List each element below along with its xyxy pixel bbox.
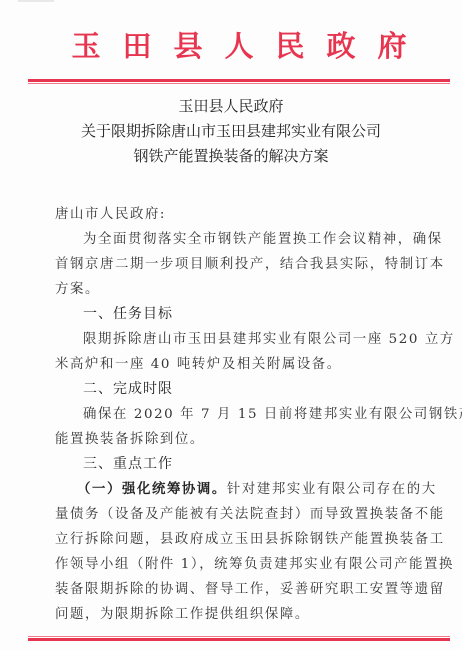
paragraph-line: 作领导小组（附件 1），统筹负责建邦实业有限公司产能置换	[55, 552, 425, 577]
subsection-lead: （一）强化统筹协调。	[77, 482, 227, 497]
section-paragraph-task-goal: 限期拆除唐山市玉田县建邦实业有限公司一座 520 立方 米高炉和一座 40 吨转…	[55, 327, 425, 377]
title-line-subject: 关于限期拆除唐山市玉田县建邦实业有限公司	[0, 119, 462, 144]
title-line-issuer: 玉田县人民政府	[0, 94, 462, 119]
title-line-subject-cont: 钢铁产能置换装备的解决方案	[0, 144, 462, 169]
intro-line: 方案。	[55, 277, 425, 302]
footer-divider	[28, 636, 450, 641]
paragraph-line: 能置换装备拆除到位。	[55, 427, 425, 452]
section-heading-task-goal: 一、任务目标	[55, 302, 425, 327]
intro-line: 首钢京唐二期一步项目顺利投产，结合我县实际，特制订本	[55, 252, 425, 277]
paragraph-line: 装备限期拆除的协调、督导工作，妥善研究职工安置等遗留	[55, 577, 425, 602]
divider-thick-line	[28, 638, 450, 641]
subsection-first-line: （一）强化统筹协调。针对建邦实业有限公司存在的大	[55, 477, 425, 502]
paragraph-line: 限期拆除唐山市玉田县建邦实业有限公司一座 520 立方	[55, 327, 425, 352]
subsection-first-line-rest: 针对建邦实业有限公司存在的大	[227, 482, 437, 497]
section-paragraph-deadline: 确保在 2020 年 7 月 15 日前将建邦实业有限公司钢铁产 能置换装备拆除…	[55, 402, 425, 452]
document-page: 玉田县人民政府 玉田县人民政府 关于限期拆除唐山市玉田县建邦实业有限公司 钢铁产…	[0, 0, 462, 650]
scan-artifact	[18, 0, 54, 2]
document-body: 唐山市人民政府: 为全面贯彻落实全市钢铁产能置换工作会议精神，确保 首钢京唐二期…	[55, 202, 425, 627]
masthead-title: 玉田县人民政府	[28, 24, 450, 68]
subsection-coordination: （一）强化统筹协调。针对建邦实业有限公司存在的大 量债务（设备及产能被有关法院查…	[55, 477, 425, 627]
section-heading-key-work: 三、重点工作	[55, 452, 425, 477]
paragraph-line: 米高炉和一座 40 吨转炉及相关附属设备。	[55, 352, 425, 377]
intro-paragraph: 为全面贯彻落实全市钢铁产能置换工作会议精神，确保 首钢京唐二期一步项目顺利投产，…	[55, 227, 425, 302]
paragraph-line: 量债务（设备及产能被有关法院查封）而导致置换装备不能	[55, 502, 425, 527]
document-title: 玉田县人民政府 关于限期拆除唐山市玉田县建邦实业有限公司 钢铁产能置换装备的解决…	[0, 94, 462, 169]
intro-line: 为全面贯彻落实全市钢铁产能置换工作会议精神，确保	[55, 227, 425, 252]
salutation: 唐山市人民政府:	[55, 202, 425, 227]
divider-thin-line	[28, 83, 450, 84]
paragraph-line: 立行拆除问题，县政府成立玉田县拆除钢铁产能置换装备工	[55, 527, 425, 552]
section-heading-deadline: 二、完成时限	[55, 377, 425, 402]
paragraph-line: 问题，为限期拆除工作提供组织保障。	[55, 602, 425, 627]
masthead-divider	[28, 79, 450, 84]
paragraph-line: 确保在 2020 年 7 月 15 日前将建邦实业有限公司钢铁产	[55, 402, 425, 427]
